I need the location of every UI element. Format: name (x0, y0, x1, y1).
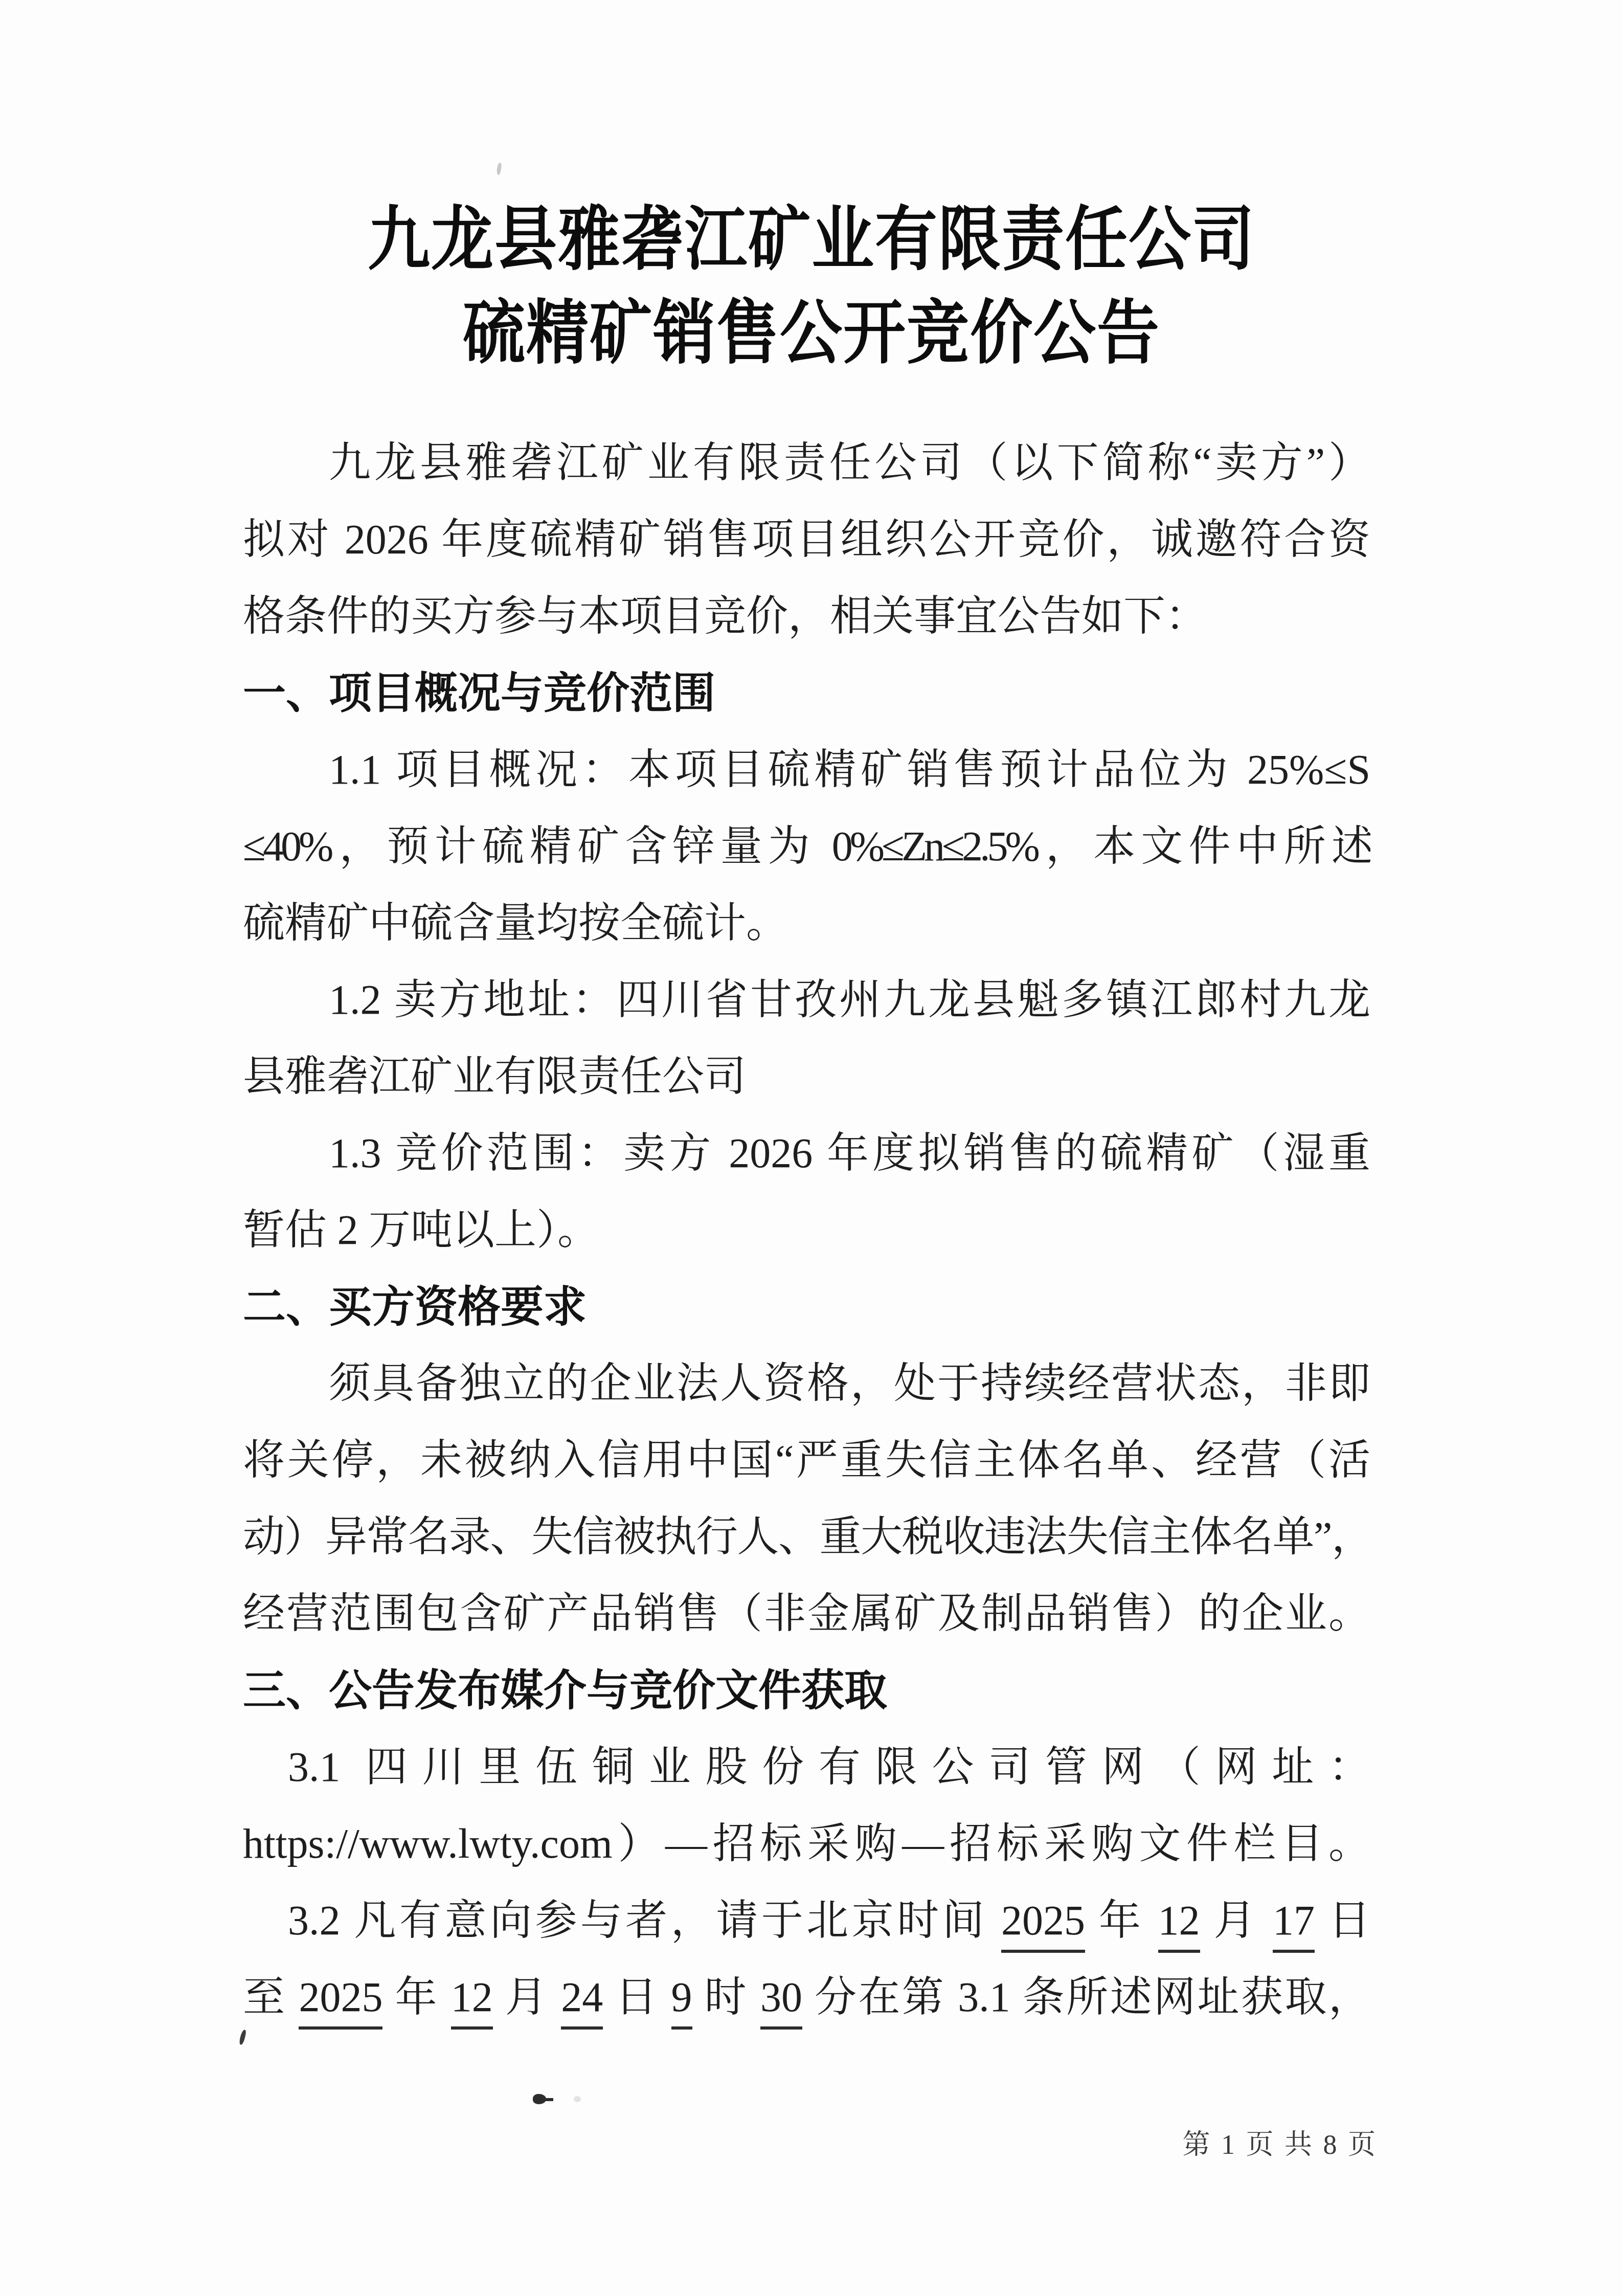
text-line: 至 2025 年 12 月 24 日 9 时 30 分在第 3.1 条所述网址获… (243, 1959, 1370, 2036)
document-title: 九龙县雅砻江矿业有限责任公司 硫精矿销售公开竞价公告 (0, 193, 1623, 381)
announcement-page: 九龙县雅砻江矿业有限责任公司 硫精矿销售公开竞价公告 九龙县雅砻江矿业有限责任公… (0, 0, 1623, 2296)
underlined-date-value: 2025 (299, 1974, 382, 2030)
document-body: 九龙县雅砻江矿业有限责任公司（以下简称“卖方”）拟对 2026 年度硫精矿销售项… (243, 425, 1370, 2036)
text-line: 1.2 卖方地址：四川省甘孜州九龙县魁多镇江郎村九龙 (243, 962, 1370, 1038)
underlined-date-value: 30 (760, 1974, 802, 2030)
scan-artifact (239, 2029, 247, 2045)
text-line: 暂估 2 万吨以上）。 (243, 1192, 1370, 1268)
page-number-label: 第 1 页 共 8 页 (1183, 2129, 1378, 2160)
text-line: 经营范围包含矿产品销售（非金属矿及制品销售）的企业。 (243, 1575, 1370, 1652)
text-line: 九龙县雅砻江矿业有限责任公司（以下简称“卖方”） (243, 425, 1370, 501)
text-line: 硫精矿中硫含量均按全硫计。 (243, 885, 1370, 962)
text-line: 格条件的买方参与本项目竞价，相关事宜公告如下： (243, 578, 1370, 655)
scan-artifact (533, 2094, 546, 2104)
underlined-date-value: 12 (451, 1974, 493, 2030)
title-line-company: 九龙县雅砻江矿业有限责任公司 (0, 193, 1623, 287)
text-line: 动）异常名录、失信被执行人、重大税收违法失信主体名单”， (243, 1499, 1370, 1575)
section-heading: 一、项目概况与竞价范围 (243, 655, 1370, 731)
underlined-date-value: 12 (1158, 1897, 1200, 1953)
section-heading: 三、公告发布媒介与竞价文件获取 (243, 1652, 1370, 1729)
text-line: 将关停，未被纳入信用中国“严重失信主体名单、经营（活 (243, 1422, 1370, 1499)
text-line: 3.2 凡有意向参与者，请于北京时间 2025 年 12 月 17 日 (243, 1882, 1370, 1959)
underlined-date-value: 24 (561, 1974, 603, 2030)
text-line: 1.1 项目概况：本项目硫精矿销售预计品位为 25%≤S (243, 731, 1370, 808)
underlined-date-value: 2025 (1001, 1897, 1085, 1953)
scan-artifact (496, 162, 502, 175)
text-line: 3.1 四川里伍铜业股份有限公司管网（网址： (243, 1729, 1370, 1805)
text-line: 须具备独立的企业法人资格，处于持续经营状态，非即 (243, 1345, 1370, 1422)
underlined-date-value: 9 (671, 1974, 692, 2030)
page-footer: 第 1 页 共 8 页 (1183, 2123, 1378, 2162)
text-line: 拟对 2026 年度硫精矿销售项目组织公开竞价，诚邀符合资 (243, 501, 1370, 578)
text-line: 县雅砻江矿业有限责任公司 (243, 1038, 1370, 1115)
scan-artifact (574, 2096, 581, 2102)
text-line: 1.3 竞价范围：卖方 2026 年度拟销售的硫精矿（湿重 (243, 1115, 1370, 1192)
title-line-subject: 硫精矿销售公开竞价公告 (0, 287, 1623, 382)
section-heading: 二、买方资格要求 (243, 1268, 1370, 1345)
underlined-date-value: 17 (1273, 1897, 1315, 1953)
text-line: https://www.lwty.com）—招标采购—招标采购文件栏目。 (243, 1805, 1370, 1882)
text-line: ≤40%，预计硫精矿含锌量为 0%≤Zn≤2.5%，本文件中所述 (243, 808, 1370, 885)
